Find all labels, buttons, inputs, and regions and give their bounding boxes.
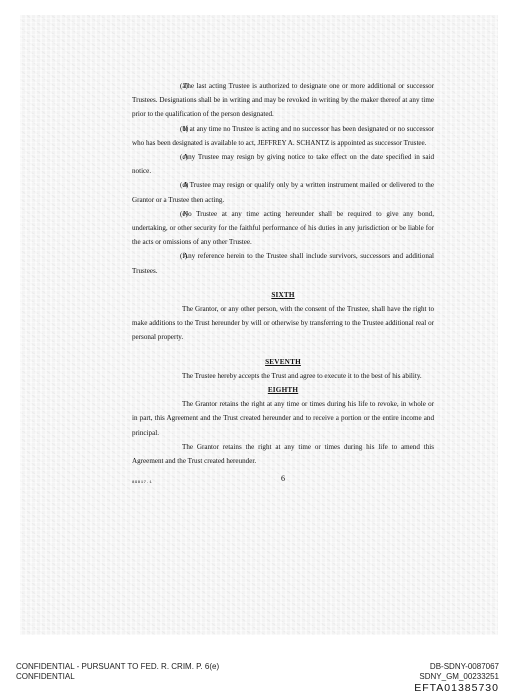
paragraph-label: (c): [156, 150, 183, 164]
seventh-paragraph: The Trustee hereby accepts the Trust and…: [132, 369, 434, 383]
paragraph-label: (f): [156, 249, 183, 263]
section-heading-seventh: SEVENTH: [132, 355, 434, 369]
paragraph-a: (a)The last acting Trustee is authorized…: [132, 79, 434, 122]
paragraph-label: (e): [156, 207, 183, 221]
confidential-line-2: CONFIDENTIAL: [16, 672, 219, 682]
paragraph-e: (e)No Trustee at any time acting hereund…: [132, 207, 434, 250]
paragraph-c: (c)Any Trustee may resign by giving noti…: [132, 150, 434, 178]
eighth-paragraph-2: The Grantor retains the right at any tim…: [132, 440, 434, 468]
page-footer: 89817.1 6: [132, 472, 434, 486]
eighth-paragraph-1: The Grantor retains the right at any tim…: [132, 397, 434, 440]
bates-number-1: DB-SDNY-0087067: [414, 662, 499, 672]
paragraph-b: (b)If at any time no Trustee is acting a…: [132, 122, 434, 150]
efta-number: EFTA01385730: [414, 682, 499, 694]
section-heading-sixth: SIXTH: [132, 288, 434, 302]
bates-numbers: DB-SDNY-0087067 SDNY_GM_00233251 EFTA013…: [414, 662, 499, 694]
spacer: [132, 345, 434, 355]
section-heading-eighth: EIGHTH: [132, 383, 434, 397]
document-body: (a)The last acting Trustee is authorized…: [132, 79, 434, 486]
confidential-line-1: CONFIDENTIAL - PURSUANT TO FED. R. CRIM.…: [16, 662, 219, 672]
paragraph-label: (d): [156, 178, 183, 192]
paragraph-f: (f)Any reference herein to the Trustee s…: [132, 249, 434, 277]
spacer: [132, 278, 434, 288]
bates-number-2: SDNY_GM_00233251: [414, 672, 499, 682]
paragraph-label: (a): [156, 79, 183, 93]
page-number: 6: [132, 472, 434, 486]
sixth-paragraph: The Grantor, or any other person, with t…: [132, 302, 434, 345]
paragraph-label: (b): [156, 122, 183, 136]
paragraph-d: (d)A Trustee may resign or qualify only …: [132, 178, 434, 206]
confidential-notice: CONFIDENTIAL - PURSUANT TO FED. R. CRIM.…: [16, 662, 219, 682]
